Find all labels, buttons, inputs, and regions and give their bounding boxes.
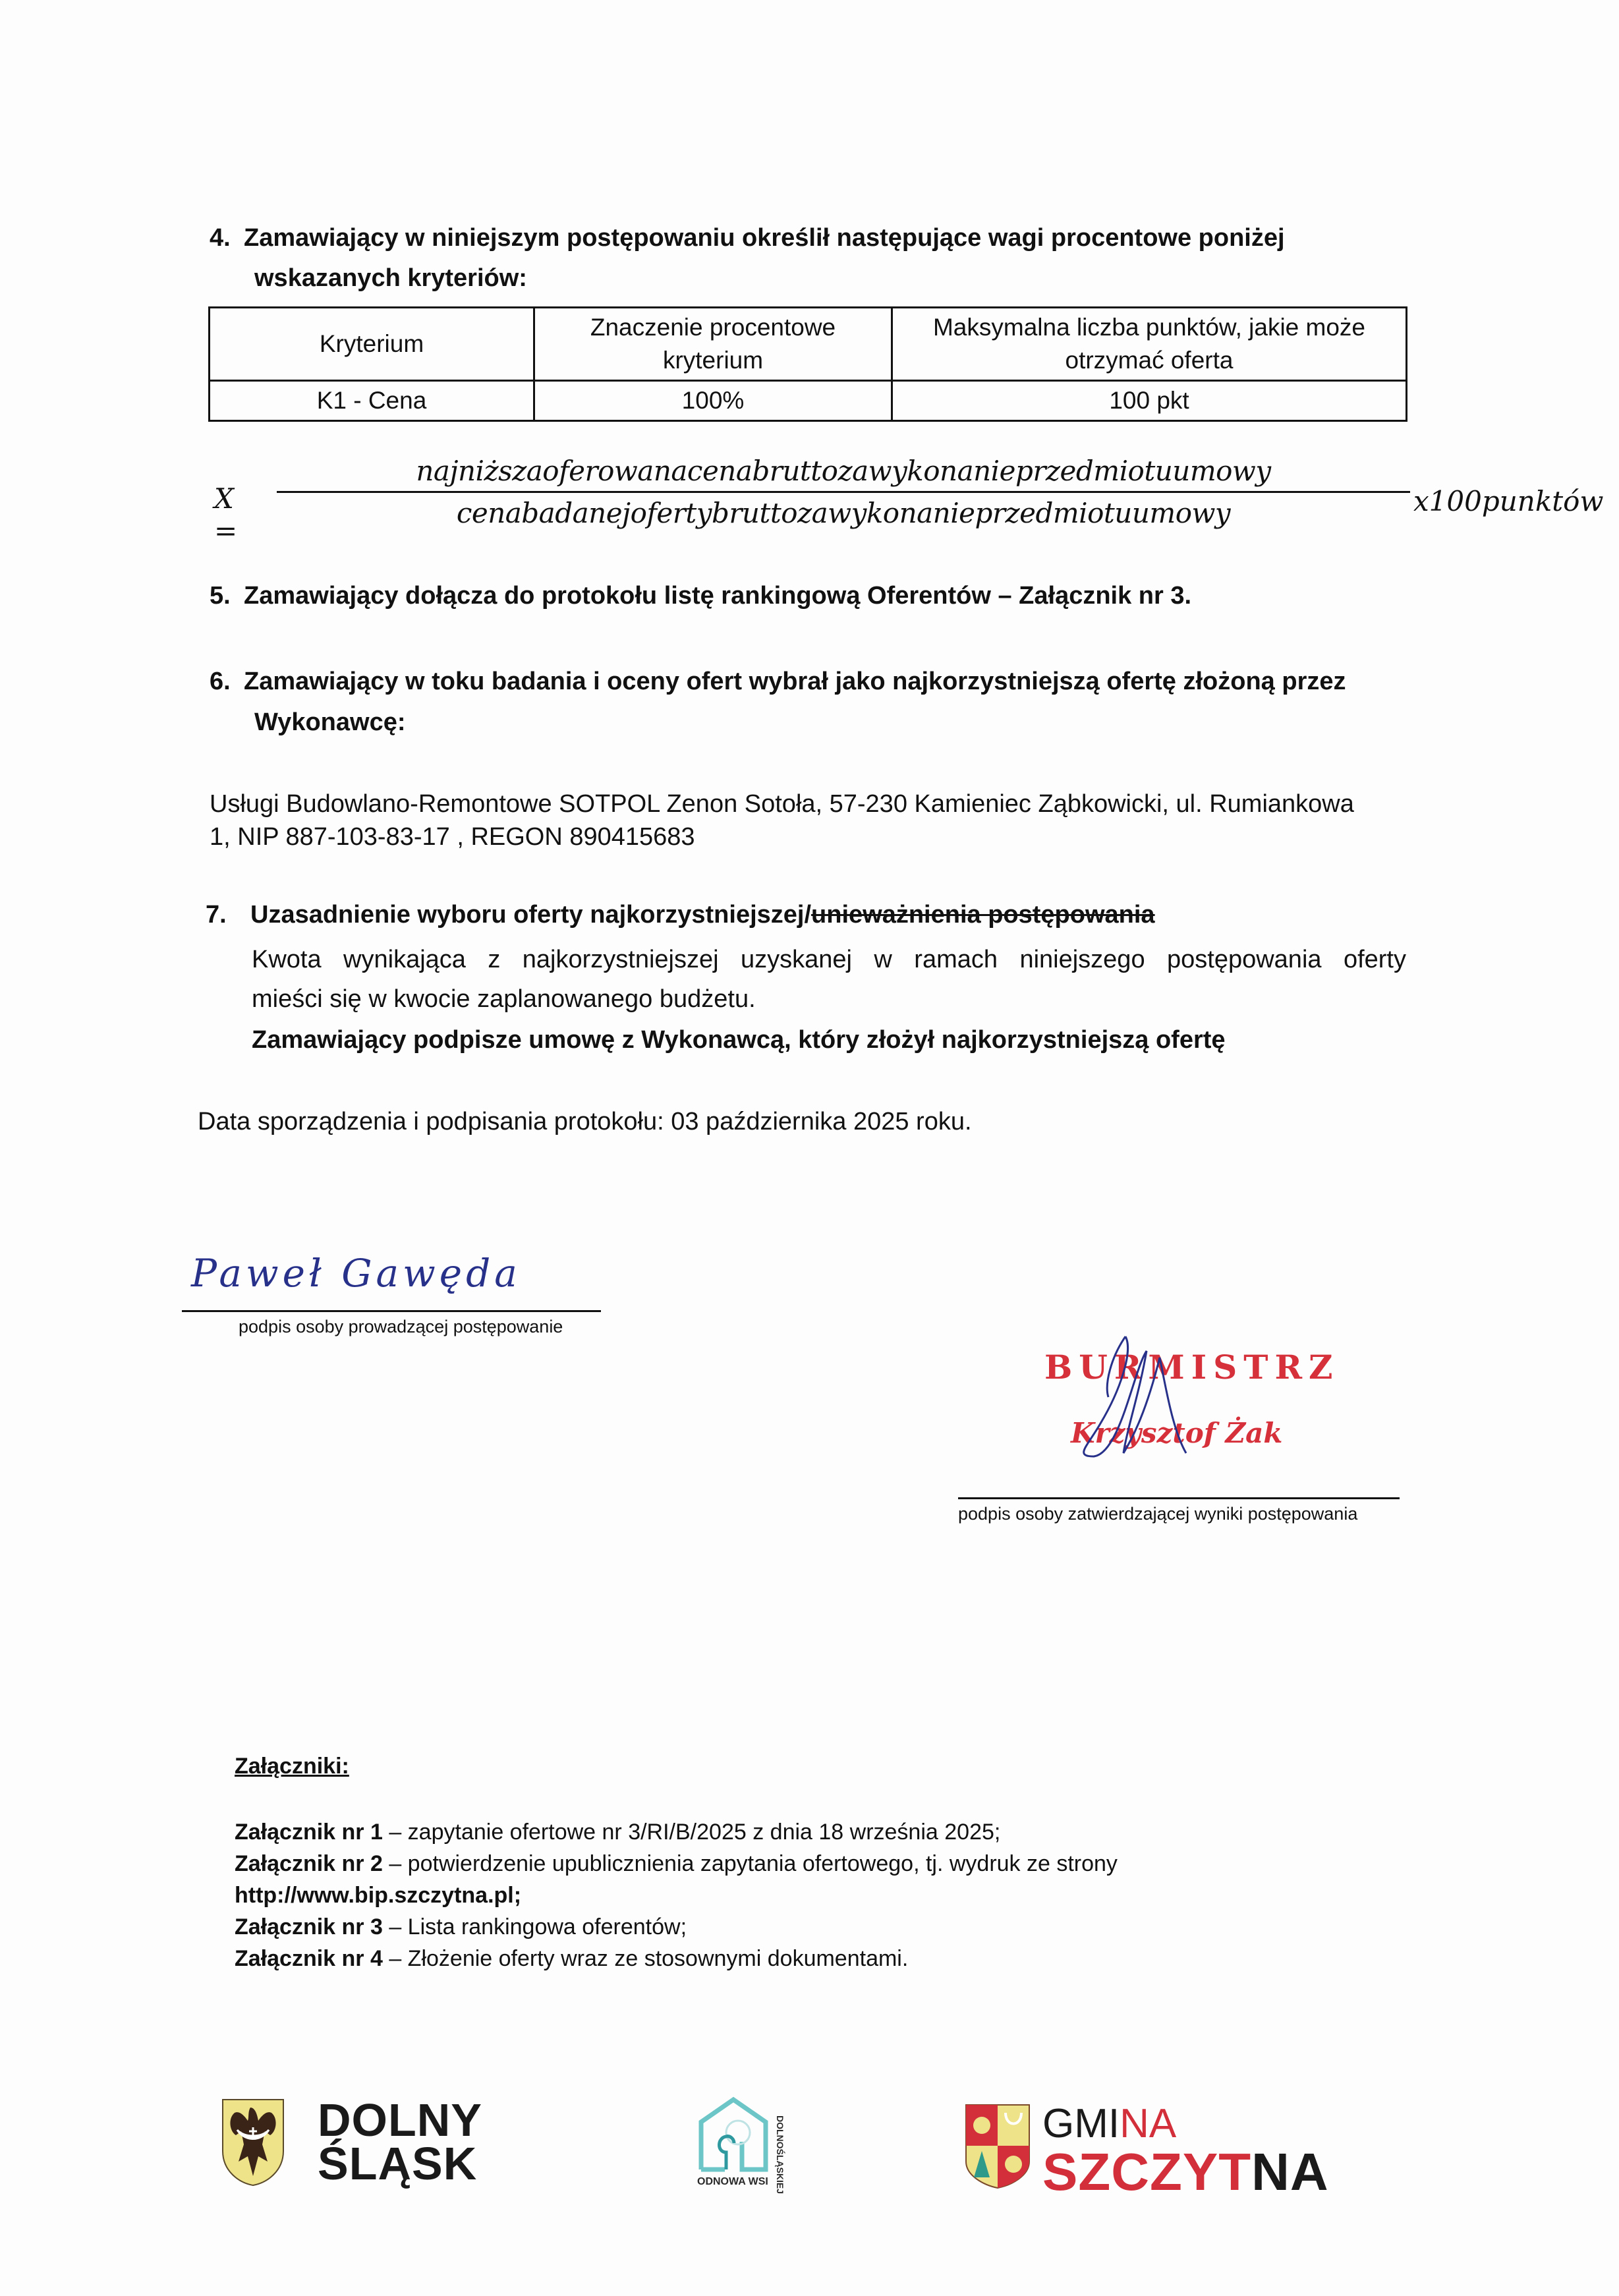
signature-caption-right: podpis osoby zatwierdzającej wyniki post… <box>958 1504 1357 1524</box>
section-7-conclusion: Zamawiający podpisze umowę z Wykonawcą, … <box>252 1023 1226 1057</box>
table-cell: 100% <box>534 381 892 421</box>
table-cell: K1 - Cena <box>210 381 534 421</box>
document-page: 4.Zamawiający w niniejszym postępowaniu … <box>0 0 1619 2296</box>
odnowa-wsi-logo: ODNOWA WSI DOLNOŚLĄSKIEJ <box>697 2096 789 2195</box>
signature-line-left <box>182 1310 601 1312</box>
handwritten-signature-left: Paweł Gawęda <box>191 1251 521 1296</box>
gmina-text-part: NA <box>1120 2101 1176 2146</box>
table-header-cell: Kryterium <box>210 308 534 381</box>
section-number: 5. <box>210 579 244 613</box>
gmina-szczytna-logo: GMINA SZCZYTNA <box>965 2104 1031 2193</box>
fraction-bar <box>277 491 1410 493</box>
attachment-item: Załącznik nr 4 – Złożenie oferty wraz ze… <box>235 1943 1118 1974</box>
signature-caption-left: podpis osoby prowadzącej postępowanie <box>239 1317 563 1337</box>
gmina-coat-of-arms-icon <box>965 2104 1031 2189</box>
section-7-heading-text: Uzasadnienie wyboru oferty najkorzystnie… <box>250 901 811 929</box>
section-number: 4. <box>210 221 244 255</box>
section-7-body: Kwota wynikająca z najkorzystniejszej uz… <box>252 942 1406 977</box>
attachment-desc: – Lista rankingowa oferentów; <box>383 1914 687 1939</box>
attachment-url: http://www.bip.szczytna.pl; <box>235 1880 1118 1911</box>
dolny-slask-logo: DOLNY ŚLĄSK <box>221 2098 285 2190</box>
section-7-heading: 7.Uzasadnienie wyboru oferty najkorzystn… <box>206 898 1155 932</box>
table-cell: 100 pkt <box>892 381 1407 421</box>
section-5-text: Zamawiający dołącza do protokołu listę r… <box>244 582 1191 610</box>
dolny-text: DOLNY <box>318 2098 482 2142</box>
formula-fraction: najniższaoferowanacenabruttozawykonaniep… <box>277 455 1410 529</box>
table-header-cell: Maksymalna liczba punktów, jakie może ot… <box>892 308 1407 381</box>
attachments-list: Załącznik nr 1 – zapytanie ofertowe nr 3… <box>235 1816 1118 1974</box>
house-tree-icon <box>697 2096 770 2173</box>
section-5: 5.Zamawiający dołącza do protokołu listę… <box>210 579 1191 613</box>
criteria-table: Kryterium Znaczenie procentowe kryterium… <box>208 306 1407 422</box>
formula-lhs: X = <box>214 482 237 547</box>
section-6-text: Zamawiający w toku badania i oceny ofert… <box>244 668 1346 695</box>
attachment-item: Załącznik nr 2 – potwierdzenie upubliczn… <box>235 1848 1118 1880</box>
mayor-handwritten-signature-icon <box>1048 1331 1206 1463</box>
table-row: K1 - Cena 100% 100 pkt <box>210 381 1407 421</box>
table-header-cell: Znaczenie procentowe kryterium <box>534 308 892 381</box>
odnowa-wsi-text: ODNOWA WSI <box>697 2176 768 2188</box>
section-4-heading: 4.Zamawiający w niniejszym postępowaniu … <box>210 221 1462 255</box>
formula-denominator: cenabadanejofertybruttozawykonanieprzedm… <box>277 497 1410 529</box>
attachment-desc: – Złożenie oferty wraz ze stosownymi dok… <box>383 1946 908 1971</box>
protocol-date: Data sporządzenia i podpisania protokołu… <box>198 1105 972 1139</box>
section-number: 6. <box>210 664 244 699</box>
attachment-desc: – potwierdzenie upublicznienia zapytania… <box>383 1851 1118 1876</box>
attachment-desc: – zapytanie ofertowe nr 3/RI/B/2025 z dn… <box>383 1820 1000 1845</box>
attachment-label: Załącznik nr 3 <box>235 1914 383 1939</box>
attachments-heading: Załączniki: <box>235 1750 349 1782</box>
gmina-text-part: GMI <box>1042 2101 1120 2146</box>
section-6-heading: 6.Zamawiający w toku badania i oceny ofe… <box>210 664 1346 699</box>
slask-text: ŚLĄSK <box>318 2142 482 2185</box>
contractor-details: Usługi Budowlano-Remontowe SOTPOL Zenon … <box>210 787 1354 821</box>
attachment-item: Załącznik nr 3 – Lista rankingowa oferen… <box>235 1911 1118 1943</box>
attachment-item: Załącznik nr 1 – zapytanie ofertowe nr 3… <box>235 1816 1118 1848</box>
table-header-row: Kryterium Znaczenie procentowe kryterium… <box>210 308 1407 381</box>
szczytna-text-part: NA <box>1251 2142 1329 2201</box>
attachment-label: Załącznik nr 1 <box>235 1820 383 1845</box>
formula-multiplier: x100punktów <box>1413 485 1603 517</box>
struck-text: unieważnienia postępowania <box>811 901 1155 929</box>
attachment-label: Załącznik nr 2 <box>235 1851 383 1876</box>
section-7-body-cont: mieści się w kwocie zaplanowanego budżet… <box>252 982 756 1016</box>
dolnoslaskiej-text: DOLNOŚLĄSKIEJ <box>775 2115 785 2194</box>
gmina-word: GMINA <box>1042 2104 1176 2144</box>
szczytna-text-part: SZCZYT <box>1042 2142 1251 2201</box>
bip-link[interactable]: http://www.bip.szczytna.pl; <box>235 1883 521 1908</box>
section-6-text-cont: Wykonawcę: <box>254 705 405 739</box>
silesia-eagle-shield-icon <box>221 2098 285 2187</box>
section-number: 7. <box>206 898 250 932</box>
section-4-text-cont: wskazanych kryteriów: <box>254 261 527 295</box>
szczytna-word: SZCZYTNA <box>1042 2146 1329 2198</box>
attachment-label: Załącznik nr 4 <box>235 1946 383 1971</box>
section-4-text: Zamawiający w niniejszym postępowaniu ok… <box>244 224 1285 252</box>
contractor-ids: 1, NIP 887-103-83-17 , REGON 890415683 <box>210 820 695 854</box>
signature-line-right <box>958 1497 1400 1499</box>
formula-numerator: najniższaoferowanacenabruttozawykonaniep… <box>277 455 1410 487</box>
